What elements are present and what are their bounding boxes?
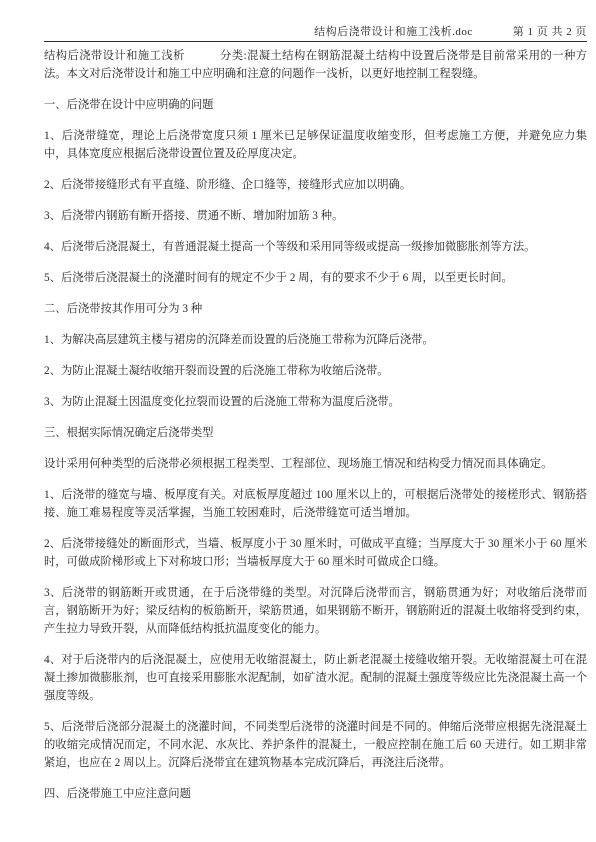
paragraph: 2、后浇带接缝处的断面形式，当墙、板厚度小于 30 厘米时，可做成平直缝；当厚度… <box>44 535 587 571</box>
paragraph: 三、根据实际情况确定后浇带类型 <box>44 424 587 442</box>
paragraph: 1、后浇带缝宽，理论上后浇带宽度只须 1 厘米已足够保证温度收缩变形，但考虑施工… <box>44 127 587 163</box>
paragraph: 一、后浇带在设计中应明确的问题 <box>44 96 587 114</box>
document-body: 结构后浇带设计和施工浅析 分类:混凝土结构在钢筋混凝土结构中设置后浇带是目前常采… <box>44 47 587 803</box>
paragraph: 3、后浇带的钢筋断开或贯通，在于后浇带缝的类型。对沉降后浇带而言，钢筋贯通为好；… <box>44 584 587 638</box>
paragraph: 1、为解决高层建筑主楼与裙房的沉降差而设置的后浇施工带称为沉降后浇带。 <box>44 331 587 349</box>
paragraph: 四、后浇带施工中应注意问题 <box>44 785 587 803</box>
paragraph: 二、后浇带按其作用可分为 3 种 <box>44 300 587 318</box>
paragraph: 3、后浇带内钢筋有断开搭接、贯通不断、增加附加筋 3 种。 <box>44 207 587 225</box>
paragraph: 5、后浇带后浇混凝土的浇灌时间有的规定不少于 2 周，有的要求不少于 6 周，以… <box>44 269 587 287</box>
page-header: 结构后浇带设计和施工浅析.doc 第 1 页 共 2 页 <box>44 25 587 39</box>
paragraph: 4、后浇带后浇混凝土，有普通混凝土提高一个等级和采用同等级或提高一级掺加微膨胀剂… <box>44 238 587 256</box>
document-page: 结构后浇带设计和施工浅析.doc 第 1 页 共 2 页 结构后浇带设计和施工浅… <box>0 0 596 842</box>
paragraph: 5、后浇带后浇部分混凝土的浇灌时间，不同类型后浇带的浇灌时间是不同的。伸缩后浇带… <box>44 718 587 772</box>
header-page-number: 第 1 页 共 2 页 <box>513 25 587 39</box>
paragraph: 设计采用何种类型的后浇带必须根据工程类型、工程部位、现场施工情况和结构受力情况而… <box>44 455 587 473</box>
paragraph: 4、对于后浇带内的后浇混凝土，应使用无收缩混凝土，防止新老混凝土接缝收缩开裂。无… <box>44 651 587 705</box>
paragraph: 结构后浇带设计和施工浅析 分类:混凝土结构在钢筋混凝土结构中设置后浇带是目前常采… <box>44 47 587 83</box>
paragraph: 2、为防止混凝土凝结收缩开裂而设置的后浇施工带称为收缩后浇带。 <box>44 362 587 380</box>
paragraph: 1、后浇带的缝宽与墙、板厚度有关。对底板厚度超过 100 厘米以上的，可根据后浇… <box>44 486 587 522</box>
header-rule <box>44 41 587 42</box>
paragraph: 2、后浇带接缝形式有平直缝、阶形缝、企口缝等，接缝形式应加以明确。 <box>44 176 587 194</box>
paragraph: 3、为防止混凝土因温度变化拉裂而设置的后浇施工带称为温度后浇带。 <box>44 393 587 411</box>
header-doc-title: 结构后浇带设计和施工浅析.doc <box>314 25 473 39</box>
